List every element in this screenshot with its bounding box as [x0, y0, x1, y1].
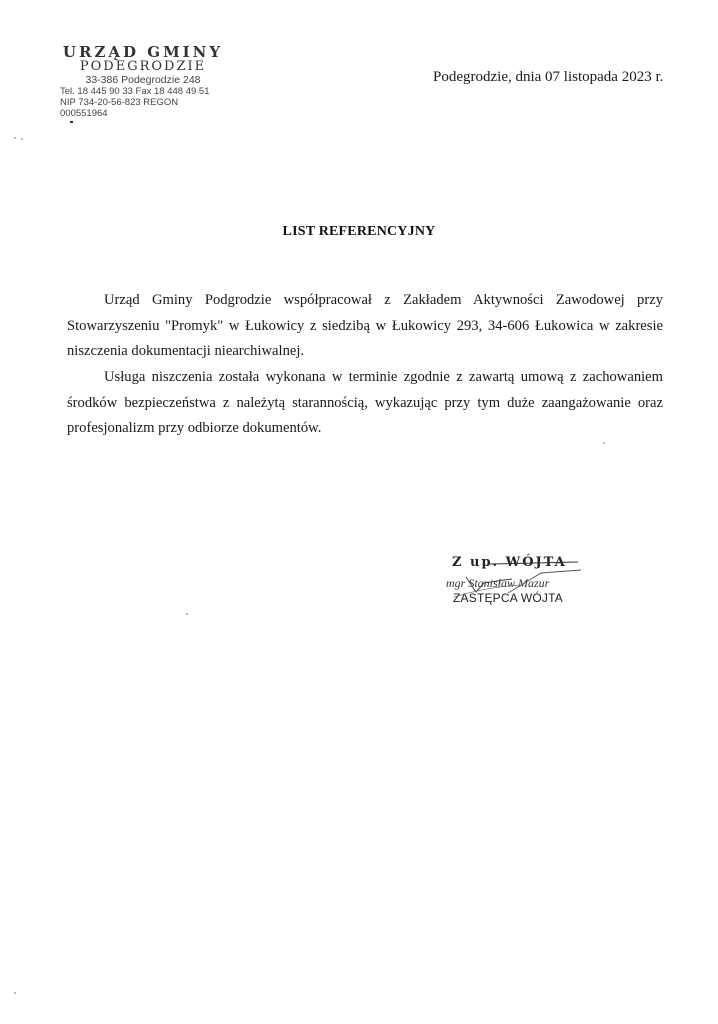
- stamp-office-name: URZĄD GMINY: [58, 44, 228, 60]
- scan-speck: [14, 992, 16, 994]
- signature-block: Z up. WÓJTA mgr Stanisław Mazur ZASTĘPCA…: [446, 555, 596, 605]
- stamp-municipality: PODEGRODZIE: [58, 60, 228, 74]
- stamp-nip-regon: NIP 734-20-56-823 REGON 000551964: [58, 97, 228, 119]
- stamp-mark: [70, 121, 73, 123]
- scan-speck: [14, 137, 16, 139]
- office-stamp: URZĄD GMINY PODEGRODZIE 33-386 Podegrodz…: [58, 44, 228, 119]
- scan-speck: [186, 613, 188, 615]
- stamp-phone-fax: Tel. 18 445 90 33 Fax 18 448 49 51: [58, 86, 228, 97]
- scan-speck: [603, 442, 605, 444]
- document-title: LIST REFERENCYJNY: [0, 224, 718, 240]
- handwritten-signature-icon: [446, 555, 596, 625]
- paragraph-2-block: Usługa niszczenia została wykonana w ter…: [67, 365, 663, 442]
- paragraph-2: Usługa niszczenia została wykonana w ter…: [67, 365, 663, 442]
- stamp-address: 33-386 Podegrodzie 248: [58, 74, 228, 86]
- paragraph-1: Urząd Gminy Podgrodzie współpracował z Z…: [67, 288, 663, 365]
- date-line: Podegrodzie, dnia 07 listopada 2023 r.: [433, 69, 663, 86]
- scan-speck: [21, 138, 23, 140]
- paragraph-1-block: Urząd Gminy Podgrodzie współpracował z Z…: [67, 288, 663, 365]
